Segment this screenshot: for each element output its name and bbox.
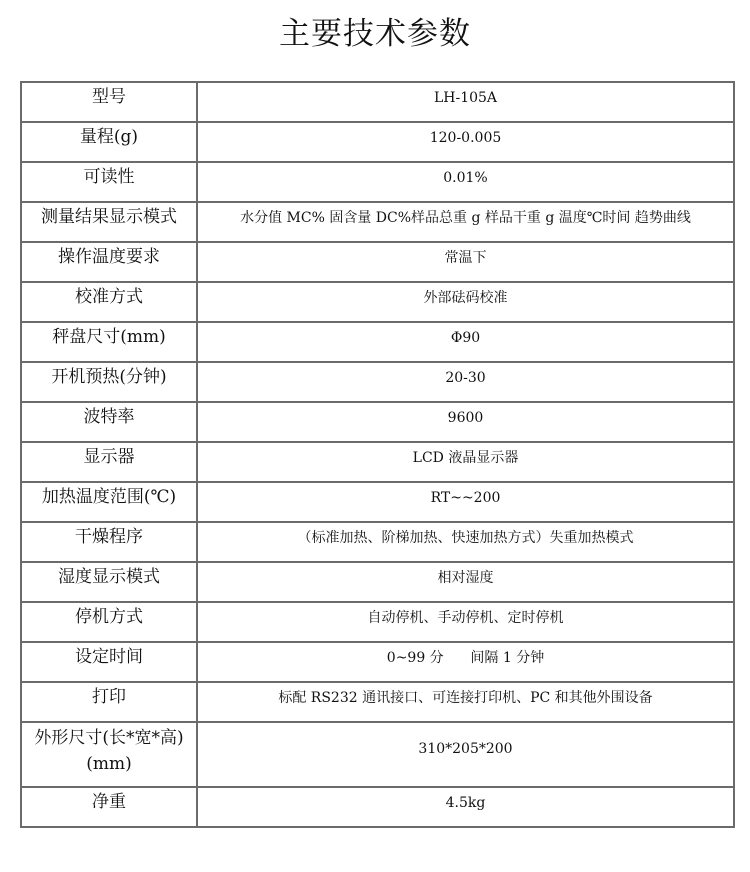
row-label: 型号 (21, 82, 197, 122)
row-value: 水分值 MC% 固含量 DC%样品总重 g 样品干重 g 温度℃时间 趋势曲线 (197, 202, 734, 242)
row-label: 干燥程序 (21, 522, 197, 562)
row-value: （标准加热、阶梯加热、快速加热方式）失重加热模式 (197, 522, 734, 562)
row-label: 波特率 (21, 402, 197, 442)
row-label: 设定时间 (21, 642, 197, 682)
row-label: 外形尺寸(长*宽*高)(mm) (21, 722, 197, 787)
row-value: 0.01% (197, 162, 734, 202)
row-value: LH-105A (197, 82, 734, 122)
table-row-pan-size: 秤盘尺寸(mm) Φ90 (21, 322, 734, 362)
row-label: 秤盘尺寸(mm) (21, 322, 197, 362)
table-row-print: 打印 标配 RS232 通讯接口、可连接打印机、PC 和其他外围设备 (21, 682, 734, 722)
row-label: 打印 (21, 682, 197, 722)
row-value: LCD 液晶显示器 (197, 442, 734, 482)
row-value: 常温下 (197, 242, 734, 282)
row-value: 20-30 (197, 362, 734, 402)
row-value: 外部砝码校准 (197, 282, 734, 322)
row-label: 校准方式 (21, 282, 197, 322)
table-row-display-mode: 测量结果显示模式 水分值 MC% 固含量 DC%样品总重 g 样品干重 g 温度… (21, 202, 734, 242)
table-row-baud-rate: 波特率 9600 (21, 402, 734, 442)
table-row-net-weight: 净重 4.5kg (21, 787, 734, 827)
table-row-dimensions: 外形尺寸(长*宽*高)(mm) 310*205*200 (21, 722, 734, 787)
row-label: 停机方式 (21, 602, 197, 642)
row-label: 量程(g) (21, 122, 197, 162)
table-row-readability: 可读性 0.01% (21, 162, 734, 202)
row-label: 操作温度要求 (21, 242, 197, 282)
row-label: 湿度显示模式 (21, 562, 197, 602)
row-label: 显示器 (21, 442, 197, 482)
row-value: 相对湿度 (197, 562, 734, 602)
table-row-heating-range: 加热温度范围(℃) RT~~200 (21, 482, 734, 522)
row-value: RT~~200 (197, 482, 734, 522)
table-row-display: 显示器 LCD 液晶显示器 (21, 442, 734, 482)
row-value: 9600 (197, 402, 734, 442)
table-row-model: 型号 LH-105A (21, 82, 734, 122)
row-value: 4.5kg (197, 787, 734, 827)
table-row-shutdown-mode: 停机方式 自动停机、手动停机、定时停机 (21, 602, 734, 642)
spec-table: 型号 LH-105A 量程(g) 120-0.005 可读性 0.01% 测量结… (20, 81, 735, 828)
table-row-warmup: 开机预热(分钟) 20-30 (21, 362, 734, 402)
row-label: 开机预热(分钟) (21, 362, 197, 402)
row-label: 可读性 (21, 162, 197, 202)
row-value: 标配 RS232 通讯接口、可连接打印机、PC 和其他外围设备 (197, 682, 734, 722)
row-value: 自动停机、手动停机、定时停机 (197, 602, 734, 642)
row-value: 0~99 分 间隔 1 分钟 (197, 642, 734, 682)
table-row-drying-program: 干燥程序 （标准加热、阶梯加热、快速加热方式）失重加热模式 (21, 522, 734, 562)
row-label: 净重 (21, 787, 197, 827)
table-row-calibration: 校准方式 外部砝码校准 (21, 282, 734, 322)
page-title: 主要技术参数 (0, 14, 750, 54)
table-row-operating-temp: 操作温度要求 常温下 (21, 242, 734, 282)
table-row-capacity: 量程(g) 120-0.005 (21, 122, 734, 162)
row-label: 测量结果显示模式 (21, 202, 197, 242)
row-value: 310*205*200 (197, 722, 734, 787)
row-label: 加热温度范围(℃) (21, 482, 197, 522)
table-row-humidity-mode: 湿度显示模式 相对湿度 (21, 562, 734, 602)
table-row-set-time: 设定时间 0~99 分 间隔 1 分钟 (21, 642, 734, 682)
row-value: 120-0.005 (197, 122, 734, 162)
row-value: Φ90 (197, 322, 734, 362)
